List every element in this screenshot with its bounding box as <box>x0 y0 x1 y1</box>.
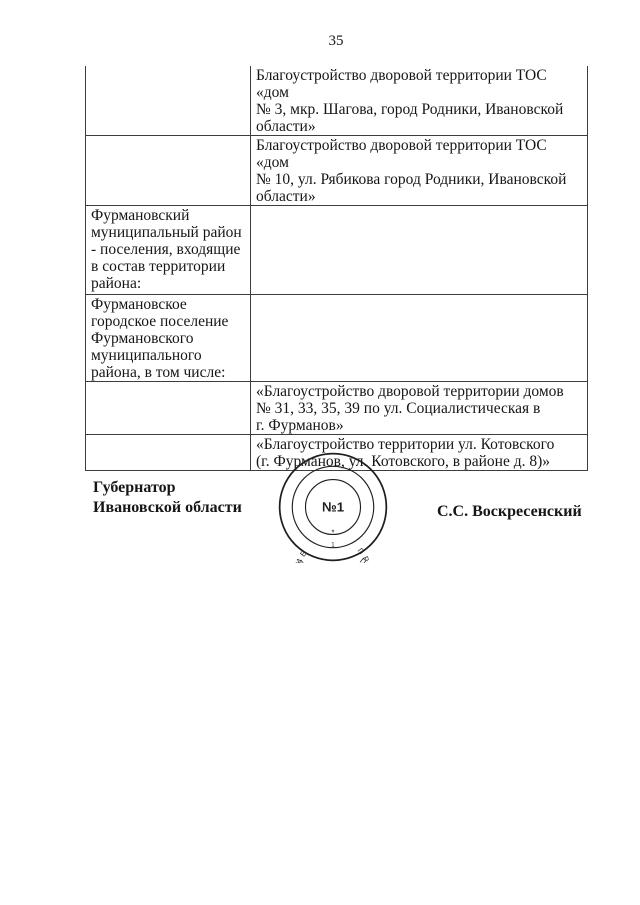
seal-number: №1 <box>322 500 344 515</box>
municipality-cell: Фурмановское городское поселение Фурмано… <box>86 295 251 382</box>
program-objects-table: Благоустройство дворовой территории ТОС … <box>85 66 588 471</box>
municipality-cell <box>86 136 251 206</box>
project-cell: Благоустройство дворовой территории ТОС … <box>251 136 588 206</box>
signatory-name: С.С. Воскресенский <box>437 503 582 521</box>
signatory-title: Губернатор Ивановской области <box>93 478 242 518</box>
seal-star-mark: * <box>331 529 335 538</box>
table-row: Благоустройство дворовой территории ТОС … <box>86 66 588 136</box>
municipality-cell: Фурмановский муниципальный район - посел… <box>86 206 251 295</box>
project-cell <box>251 295 588 382</box>
municipality-cell <box>86 382 251 435</box>
table-row: Фурмановское городское поселение Фурмано… <box>86 295 588 382</box>
project-cell: «Благоустройство дворовой территории дом… <box>251 382 588 435</box>
document-page: 35 Благоустройство дворовой территории Т… <box>0 0 640 905</box>
page-number: 35 <box>85 33 587 50</box>
official-seal: ПРАВИТЕЛЬСТВО ИВАНОВСКОЙ ОБЛАСТИ ПРАВОВО… <box>277 451 389 563</box>
project-cell: Благоустройство дворовой территории ТОС … <box>251 66 588 136</box>
municipality-cell <box>86 66 251 136</box>
table-row: Благоустройство дворовой территории ТОС … <box>86 136 588 206</box>
project-cell <box>251 206 588 295</box>
municipality-cell <box>86 435 251 471</box>
table-row: Фурмановский муниципальный район - посел… <box>86 206 588 295</box>
table-row: «Благоустройство дворовой территории дом… <box>86 382 588 435</box>
